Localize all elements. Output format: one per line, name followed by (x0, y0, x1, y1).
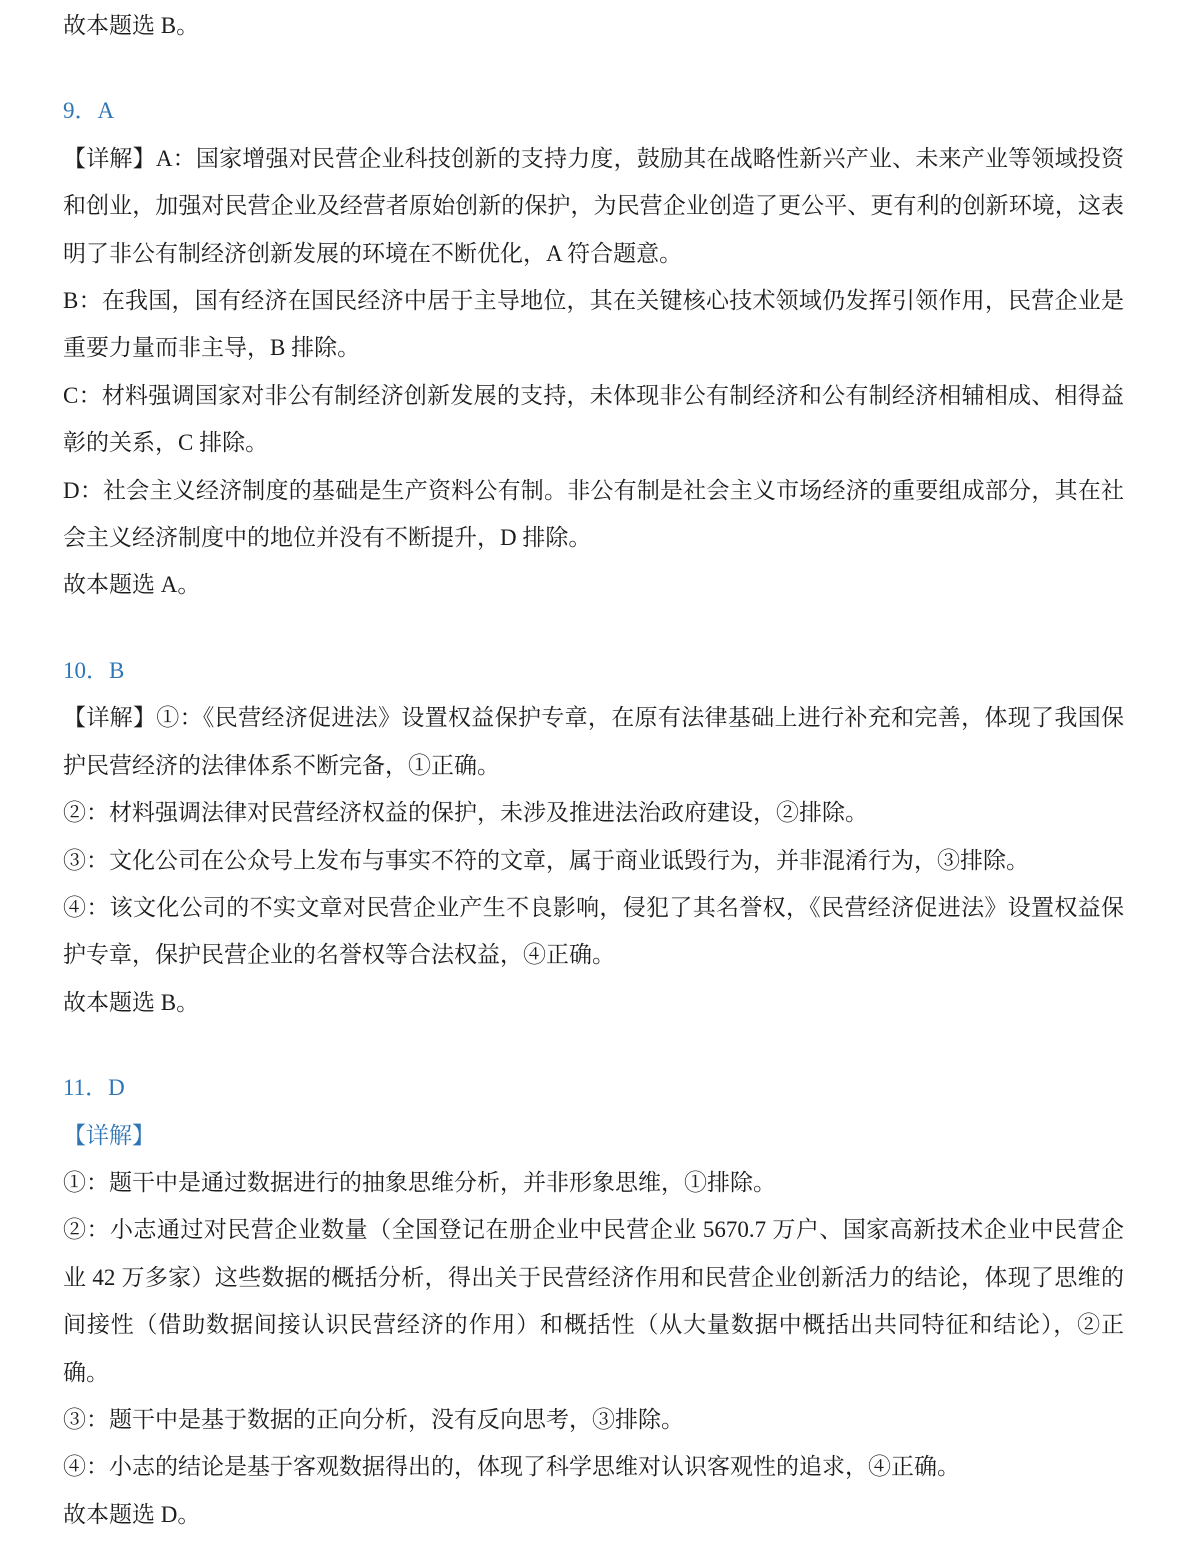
q9-explanation-option-c: C：材料强调国家对非公有制经济创新发展的支持，未体现非公有制经济和公有制经济相辅… (63, 372, 1124, 467)
q11-explanation-point-3: ③：题干中是基于数据的正向分析，没有反向思考，③排除。 (63, 1396, 1124, 1443)
answer-document-page: 故本题选 B。 9．A 【详解】A：国家增强对民营企业科技创新的支持力度，鼓励其… (0, 0, 1190, 1562)
section-question-9: 9．A 【详解】A：国家增强对民营企业科技创新的支持力度，鼓励其在战略性新兴产业… (63, 87, 1124, 608)
question-11-answer-heading: 11．D (63, 1064, 1124, 1111)
q10-explanation-point-2: ②：材料强调法律对民营经济权益的保护，未涉及推进法治政府建设，②排除。 (63, 789, 1124, 836)
section-question-10: 10．B 【详解】①：《民营经济促进法》设置权益保护专章，在原有法律基础上进行补… (63, 647, 1124, 1026)
q8-answer-conclusion-line: 故本题选 B。 (63, 2, 1124, 49)
section-question-11: 11．D 【详解】 ①：题干中是通过数据进行的抽象思维分析，并非形象思维，①排除… (63, 1064, 1124, 1538)
q11-answer-conclusion-line: 故本题选 D。 (63, 1491, 1124, 1538)
q9-answer-conclusion-line: 故本题选 A。 (63, 561, 1124, 608)
q10-explanation-point-4: ④：该文化公司的不实文章对民营企业产生不良影响，侵犯了其名誉权，《民营经济促进法… (63, 884, 1124, 979)
q9-explanation-option-a: 【详解】A：国家增强对民营企业科技创新的支持力度，鼓励其在战略性新兴产业、未来产… (63, 135, 1124, 277)
q11-detail-label: 【详解】 (63, 1112, 1124, 1159)
q10-answer-conclusion-line: 故本题选 B。 (63, 979, 1124, 1026)
q11-explanation-point-1: ①：题干中是通过数据进行的抽象思维分析，并非形象思维，①排除。 (63, 1159, 1124, 1206)
q11-explanation-point-2: ②：小志通过对民营企业数量（全国登记在册企业中民营企业 5670.7 万户、国家… (63, 1206, 1124, 1396)
q11-explanation-point-4: ④：小志的结论是基于客观数据得出的，体现了科学思维对认识客观性的追求，④正确。 (63, 1443, 1124, 1490)
question-10-answer-heading: 10．B (63, 647, 1124, 694)
q10-explanation-point-1: 【详解】①：《民营经济促进法》设置权益保护专章，在原有法律基础上进行补充和完善，… (63, 694, 1124, 789)
q9-explanation-option-d: D：社会主义经济制度的基础是生产资料公有制。非公有制是社会主义市场经济的重要组成… (63, 467, 1124, 562)
q9-explanation-option-b: B：在我国，国有经济在国民经济中居于主导地位，其在关键核心技术领域仍发挥引领作用… (63, 277, 1124, 372)
question-9-answer-heading: 9．A (63, 87, 1124, 134)
q10-explanation-point-3: ③：文化公司在公众号上发布与事实不符的文章，属于商业诋毁行为，并非混淆行为，③排… (63, 837, 1124, 884)
